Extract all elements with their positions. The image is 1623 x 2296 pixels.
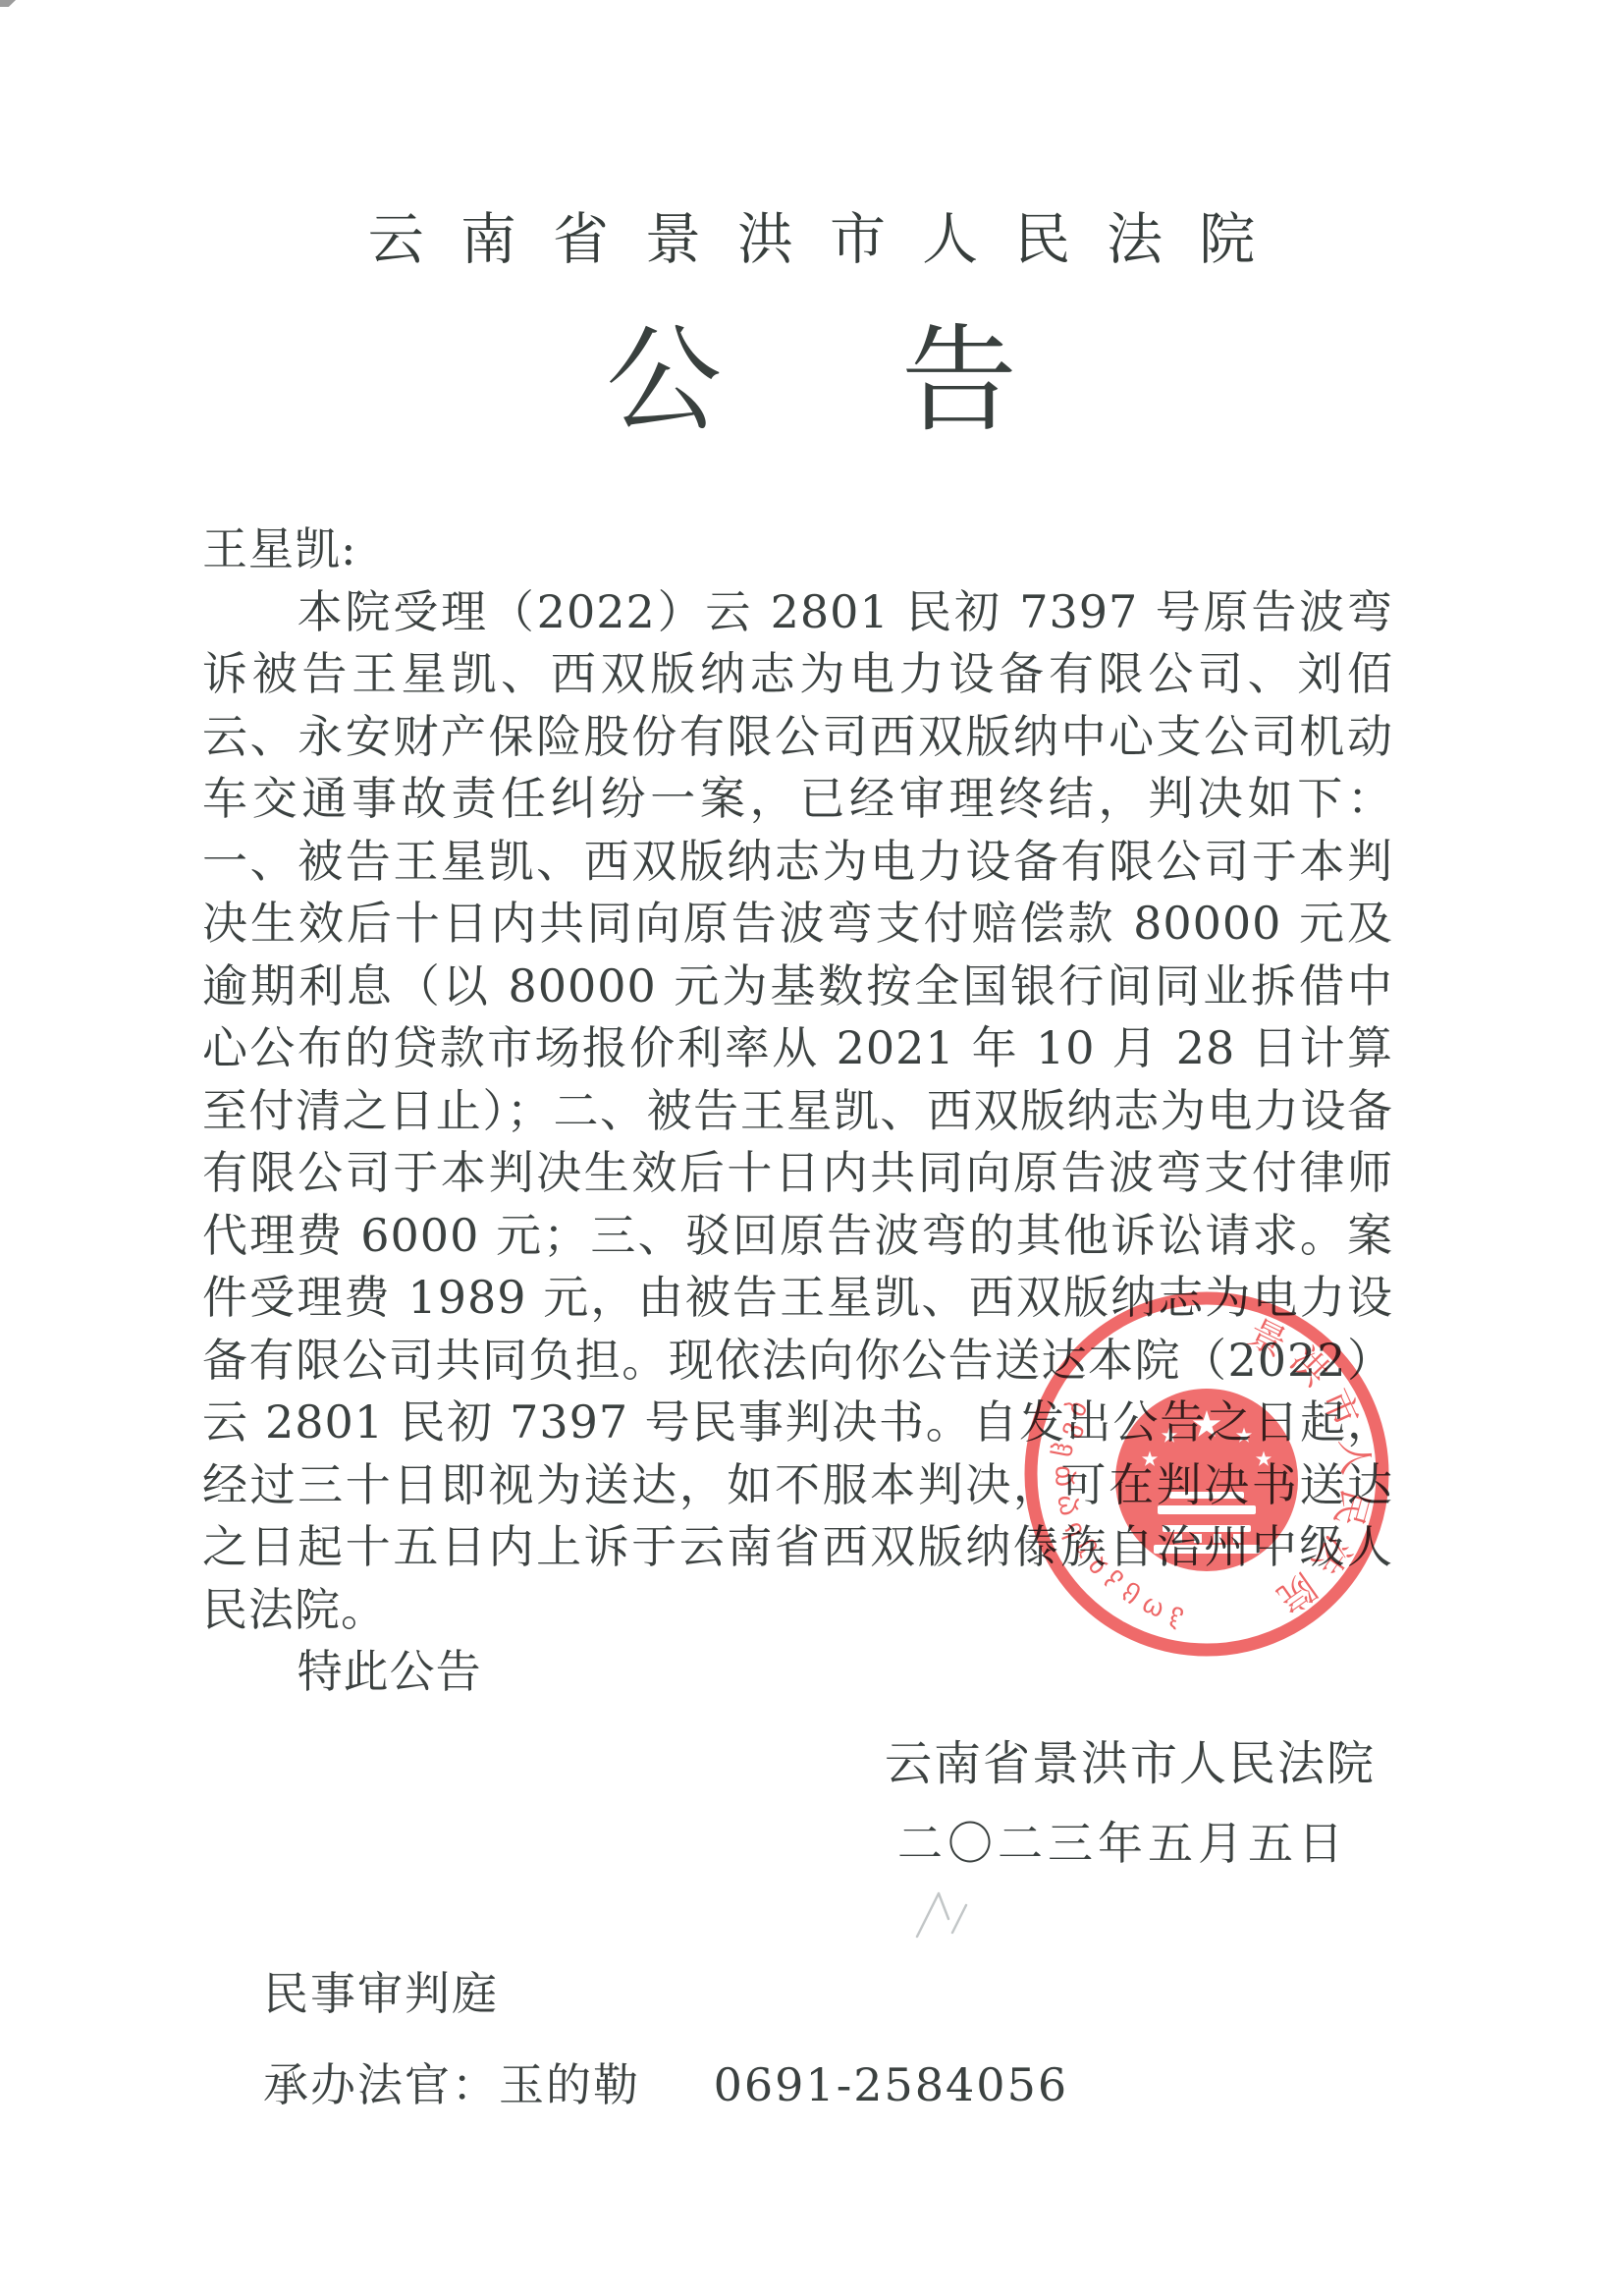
doc-type-title: 公告 bbox=[0, 287, 1623, 454]
footer-contact-block: 民事审判庭 承办法官：玉的勒 0691-2584056 bbox=[263, 1958, 1068, 2114]
court-title: 云南省景洪市人民法院 bbox=[0, 194, 1623, 275]
judge-line: 承办法官：玉的勒 0691-2584056 bbox=[263, 2050, 1068, 2114]
announcement-page: 云南省景洪市人民法院 公告 王星凯: 本院受理（2022）云 2801 民初 7… bbox=[0, 0, 1623, 2296]
judge-name: 承办法官：玉的勒 bbox=[263, 2058, 640, 2111]
scan-corner-artifact bbox=[0, 0, 16, 7]
addressee: 王星凯: bbox=[202, 519, 1393, 581]
phone-number: 0691-2584056 bbox=[714, 2058, 1068, 2111]
national-emblem bbox=[1115, 1389, 1298, 1571]
signature-date: 二〇二三年五月五日 bbox=[885, 1808, 1348, 1873]
court-seal: 景洪市人民法院 ჰოცკჲუსღდჱვბ bbox=[1009, 1277, 1404, 1671]
division-name: 民事审判庭 bbox=[263, 1958, 1068, 2023]
signature-block: 云南省景洪市人民法院 二〇二三年五月五日 bbox=[885, 1725, 1376, 1873]
signature-court-name: 云南省景洪市人民法院 bbox=[885, 1725, 1376, 1793]
scan-squiggle-artifact bbox=[909, 1886, 978, 1946]
